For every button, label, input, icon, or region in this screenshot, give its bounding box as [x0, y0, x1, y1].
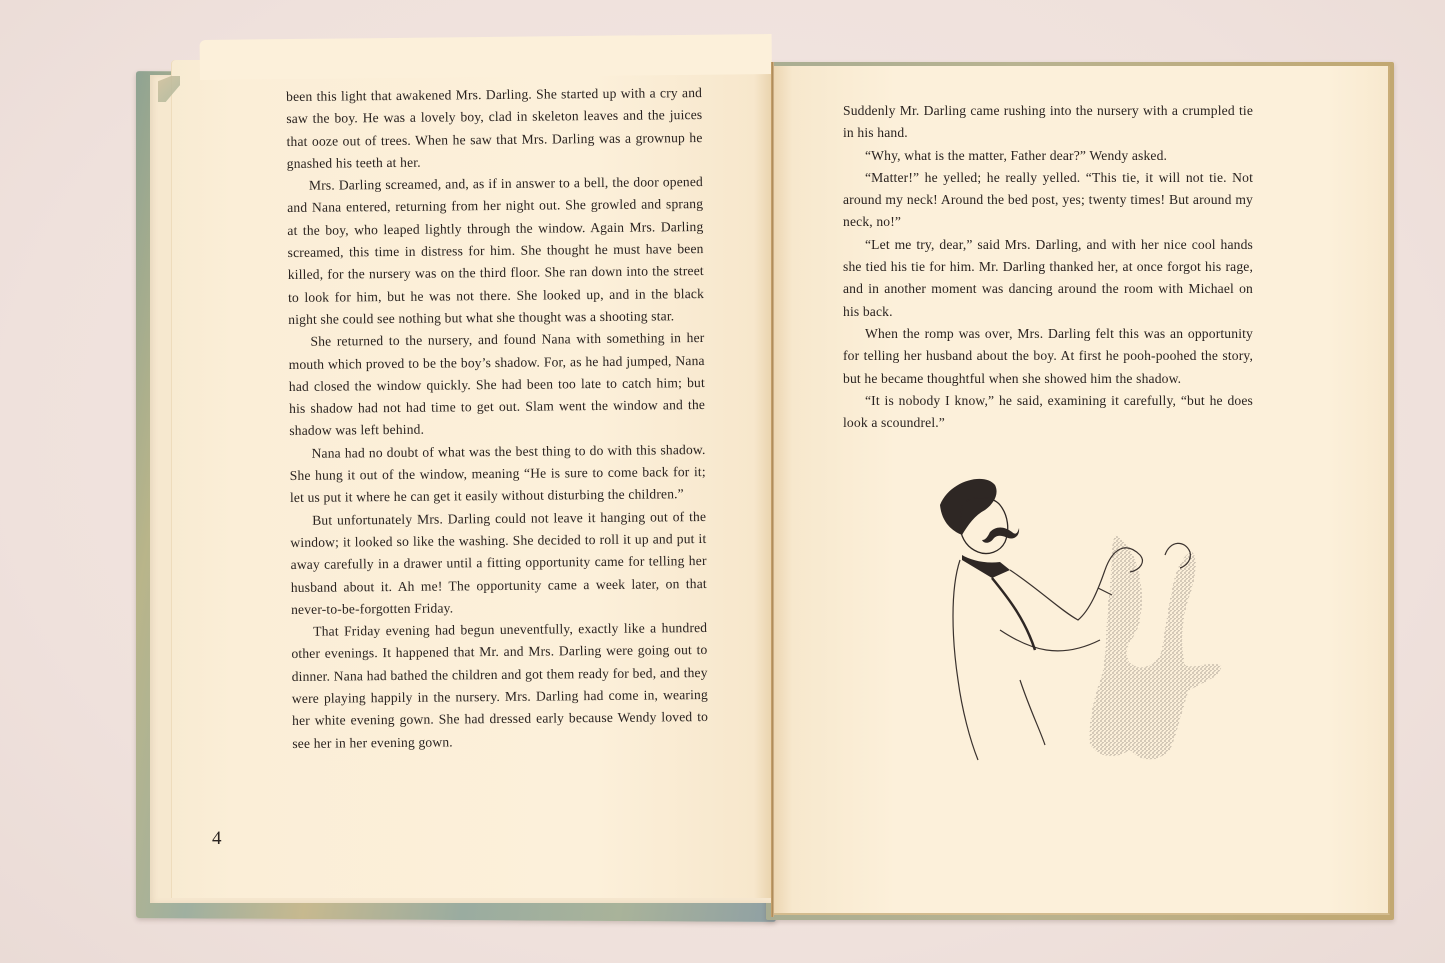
- paragraph: “It is nobody I know,” he said, examinin…: [843, 390, 1253, 435]
- shadow-figure-icon: [1090, 535, 1222, 759]
- paragraph: “Why, what is the matter, Father dear?” …: [843, 145, 1253, 167]
- paragraph: That Friday evening had begun uneventful…: [291, 617, 708, 755]
- left-page-text: been this light that awakened Mrs. Darli…: [286, 82, 708, 755]
- paragraph: Mrs. Darling screamed, and, as if in ans…: [287, 171, 704, 331]
- book-gutter: [771, 62, 774, 917]
- paragraph: When the romp was over, Mrs. Darling fel…: [843, 323, 1253, 390]
- paragraph: “Let me try, dear,” said Mrs. Darling, a…: [843, 234, 1253, 323]
- page-number: 4: [212, 828, 222, 850]
- left-page-curl: [200, 34, 772, 80]
- paragraph: been this light that awakened Mrs. Darli…: [286, 82, 703, 175]
- right-page-text: Suddenly Mr. Darling came rushing into t…: [843, 100, 1253, 434]
- paragraph: She returned to the nursery, and found N…: [288, 327, 705, 442]
- paragraph: But unfortunately Mrs. Darling could not…: [290, 506, 707, 621]
- paragraph: Suddenly Mr. Darling came rushing into t…: [843, 100, 1253, 145]
- paragraph: Nana had no doubt of what was the best t…: [289, 439, 706, 510]
- illustration-man-holding-shadow: [900, 460, 1240, 800]
- paragraph: “Matter!” he yelled; he really yelled. “…: [843, 167, 1253, 234]
